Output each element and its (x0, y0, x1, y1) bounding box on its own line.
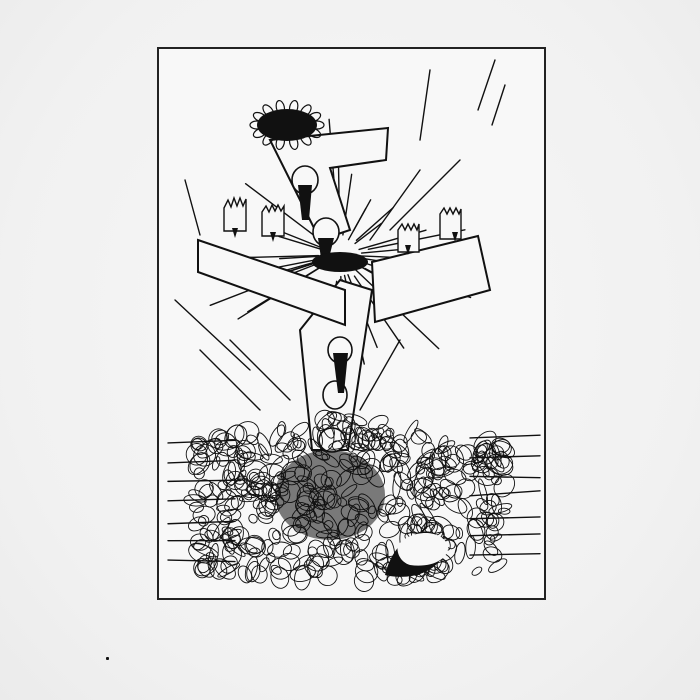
ink-drawing (0, 0, 700, 700)
ink-speck (106, 657, 109, 660)
paper-background (0, 0, 700, 700)
dense-core (275, 450, 385, 540)
